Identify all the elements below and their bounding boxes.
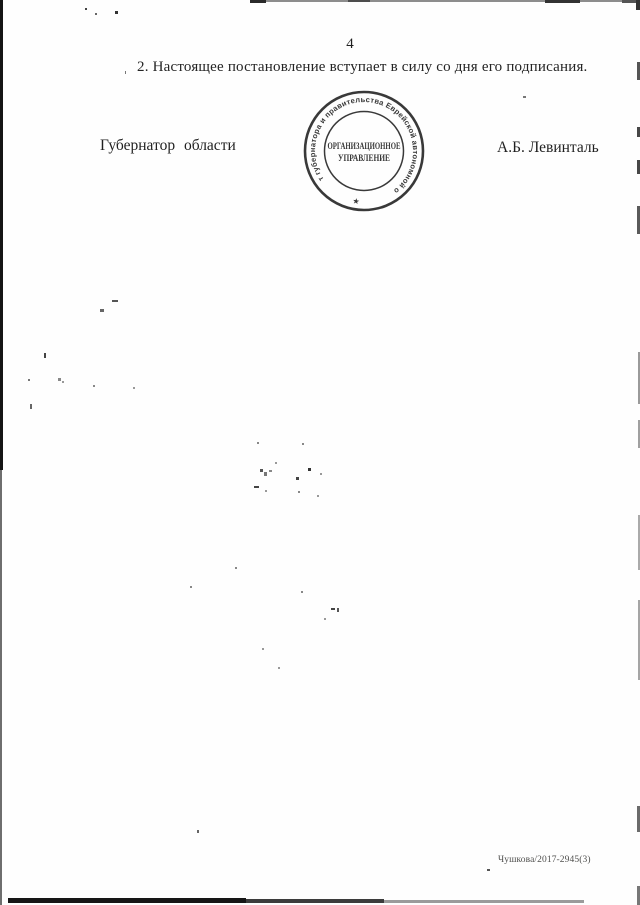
stamp-outer-ring bbox=[305, 92, 423, 210]
scan-speck bbox=[115, 11, 118, 14]
scan-edge-bottom bbox=[8, 898, 246, 903]
scanned-document-page: 4 2. Настоящее постановление вступает в … bbox=[0, 0, 640, 905]
scan-speck bbox=[28, 379, 30, 381]
scan-edge-top-segment bbox=[250, 0, 266, 3]
page-number: 4 bbox=[338, 36, 362, 53]
signature-name: А.Б. Левинталь bbox=[497, 139, 599, 157]
scan-speck bbox=[331, 608, 335, 610]
scan-speck bbox=[125, 71, 126, 74]
scan-speck bbox=[487, 869, 490, 871]
scan-speck bbox=[112, 300, 118, 302]
scan-edge-left bbox=[0, 0, 3, 470]
resolution-clause-text: 2. Настоящее постановление вступает в си… bbox=[137, 59, 588, 76]
scan-speck bbox=[296, 477, 299, 480]
scan-speck bbox=[337, 608, 339, 612]
scan-speck bbox=[95, 13, 97, 15]
scan-speck bbox=[317, 495, 319, 497]
scan-speck bbox=[254, 486, 259, 488]
scan-speck bbox=[30, 404, 32, 409]
stamp-graphic: аппарат губернатора и правительства Евре… bbox=[298, 85, 430, 217]
scan-speck bbox=[235, 567, 237, 569]
scan-speck bbox=[260, 469, 263, 472]
scan-speck bbox=[190, 586, 192, 588]
scan-speck bbox=[269, 470, 272, 472]
round-stamp: аппарат губернатора и правительства Евре… bbox=[298, 85, 430, 217]
scan-speck bbox=[85, 8, 87, 10]
scan-speck bbox=[302, 443, 304, 445]
stamp-star-icon: ★ bbox=[352, 196, 360, 206]
scan-edge-bottom-segment bbox=[384, 900, 584, 903]
scan-speck bbox=[197, 830, 199, 833]
scan-speck bbox=[100, 309, 104, 312]
stamp-center-line1: ОРГАНИЗАЦИОННОЕ bbox=[328, 141, 401, 151]
scan-speck bbox=[275, 462, 277, 464]
scan-speck bbox=[257, 442, 259, 444]
scan-speck bbox=[298, 491, 300, 493]
scan-speck bbox=[58, 378, 61, 381]
scan-edge-right-segment bbox=[636, 0, 640, 10]
scan-edge-top bbox=[250, 0, 640, 2]
scan-speck bbox=[93, 385, 95, 387]
scan-edge-top-segment bbox=[545, 0, 580, 3]
scan-speck bbox=[320, 473, 322, 475]
scan-speck bbox=[262, 648, 264, 650]
scan-edge-top-segment bbox=[622, 0, 640, 3]
signature-title-governor: Губернатор области bbox=[100, 137, 236, 155]
scan-speck bbox=[324, 618, 326, 620]
scan-edge-left-lower bbox=[0, 470, 2, 905]
stamp-inner-ring bbox=[325, 112, 404, 191]
scan-speck bbox=[264, 472, 267, 476]
scan-speck bbox=[308, 468, 311, 471]
footer-reference-code: Чушкова/2017-2945(3) bbox=[498, 855, 591, 865]
scan-speck bbox=[62, 381, 64, 383]
scan-speck bbox=[523, 96, 526, 98]
scan-speck bbox=[44, 353, 46, 358]
scan-speck bbox=[133, 387, 135, 389]
stamp-center-line2: УПРАВЛЕНИЕ bbox=[338, 153, 390, 163]
scan-speck bbox=[301, 591, 303, 593]
scan-edge-bottom-segment bbox=[246, 899, 384, 903]
scan-edge-top-segment bbox=[348, 0, 370, 2]
scan-speck bbox=[265, 490, 267, 492]
scan-speck bbox=[278, 667, 280, 669]
